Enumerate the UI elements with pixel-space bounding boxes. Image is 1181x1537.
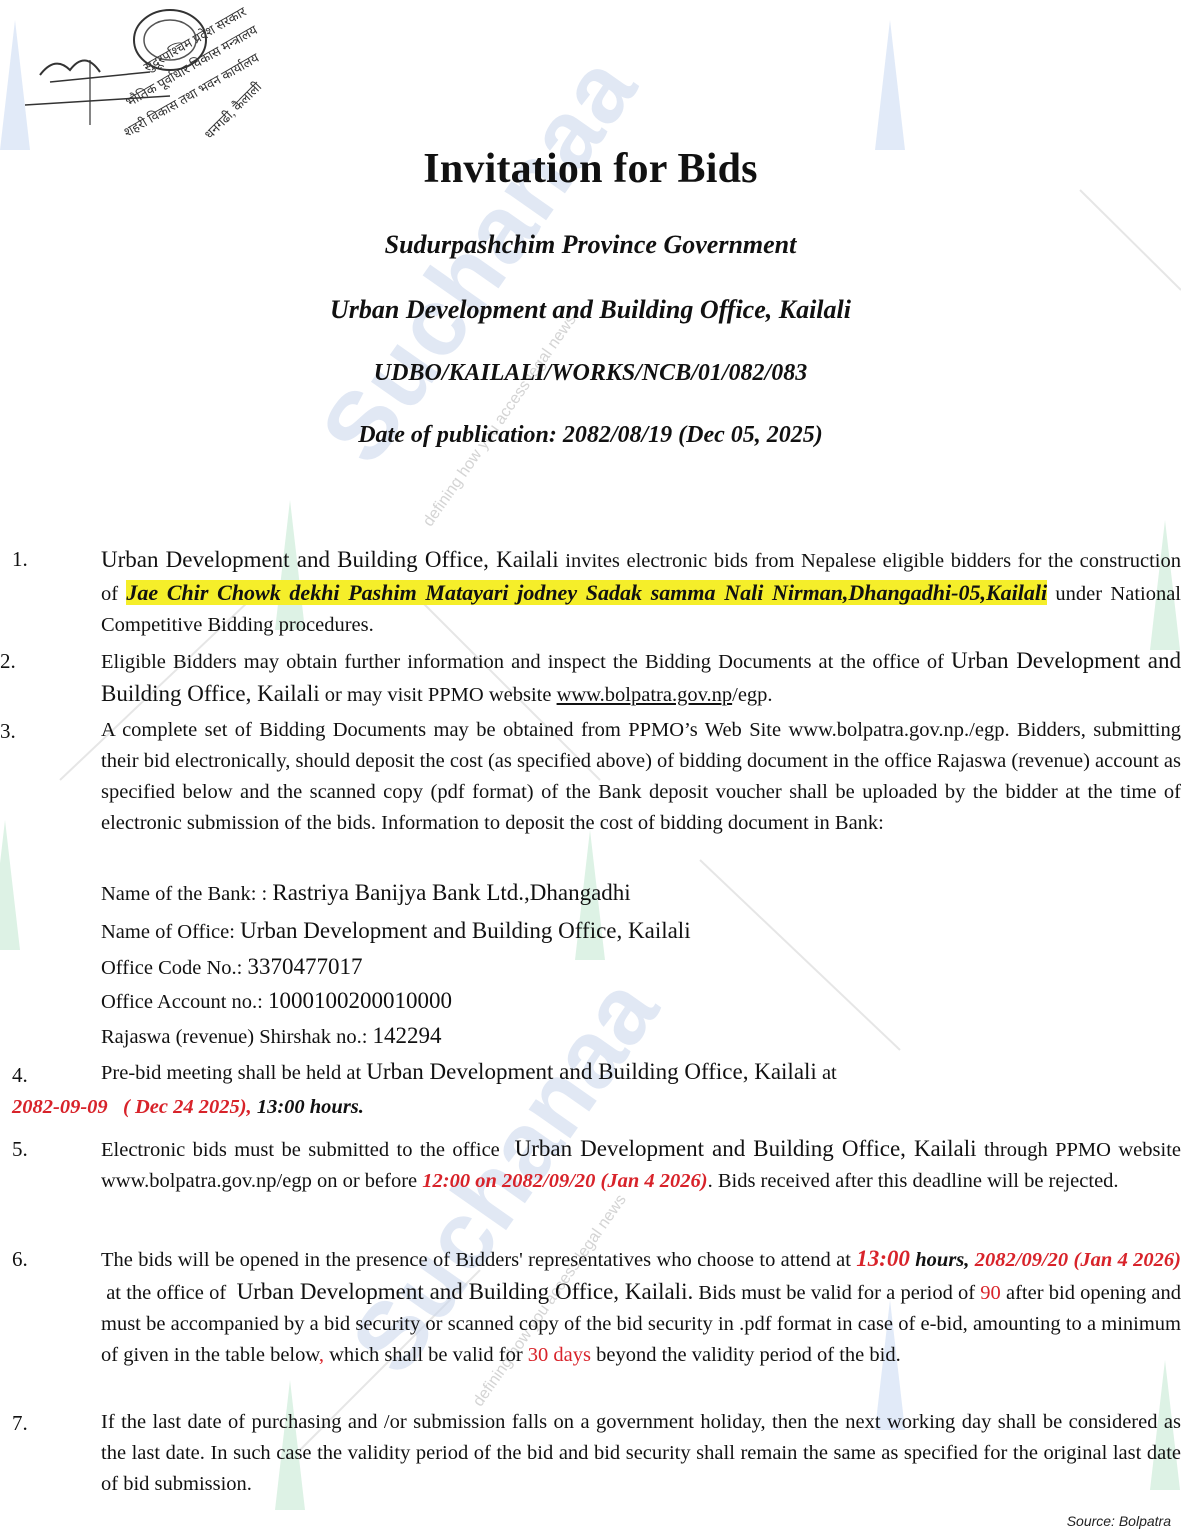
item-6-text-b: at the office of	[101, 1282, 237, 1304]
item-6-office: Urban Development and Building Office, K…	[237, 1279, 694, 1304]
item-4-text-a: Pre-bid meeting shall be held at	[101, 1062, 366, 1084]
submission-deadline: 12:00 on 2082/09/20 (Jan 4 2026)	[422, 1170, 707, 1192]
government-name: Sudurpashchim Province Government	[0, 230, 1181, 260]
office-name-label: Name of Office:	[101, 921, 240, 943]
prebid-time: 13:00 hours.	[252, 1096, 364, 1118]
official-stamp: सुदूरपश्चिम प्रदेश सरकार भौतिक पूर्वाधार…	[10, 0, 272, 142]
item-5-office: Urban Development and Building Office, K…	[515, 1136, 977, 1161]
watermark-tagline: defining how you access legal news	[420, 312, 581, 531]
item-2-number: 2.	[0, 649, 16, 674]
item-3-number: 3.	[0, 719, 16, 744]
source-credit: Source: Bolpatra	[1067, 1513, 1171, 1529]
item-6-text-c: Bids must be valid for a period of	[693, 1282, 980, 1304]
item-5-text-a: Electronic bids must be submitted to the…	[101, 1139, 515, 1161]
item-5-number: 5.	[12, 1137, 28, 1162]
page-title: Invitation for Bids	[0, 145, 1181, 193]
prebid-datetime: 2082-09-09 ( Dec 24 2025), 13:00 hours.	[12, 1096, 364, 1119]
item-6-number: 6.	[12, 1247, 28, 1272]
item-2-text-b: or may visit PPMO website	[320, 684, 557, 706]
item-7-number: 7.	[12, 1411, 28, 1436]
item-7-paragraph: If the last date of purchasing and /or s…	[101, 1407, 1181, 1500]
account-no-label: Office Account no.:	[101, 991, 268, 1013]
bank-name-row: Name of the Bank: : Rastriya Banijya Ban…	[101, 880, 631, 906]
security-validity-days: 30 days	[528, 1344, 591, 1366]
item-4-line: Pre-bid meeting shall be held at Urban D…	[101, 1059, 837, 1085]
bid-validity-days: 90	[980, 1282, 1001, 1304]
item-1-office: Urban Development and Building Office, K…	[101, 547, 559, 572]
item-5-paragraph: Electronic bids must be submitted to the…	[101, 1133, 1181, 1197]
prebid-date: 2082-09-09 ( Dec 24 2025),	[12, 1096, 252, 1118]
office-name-value: Urban Development and Building Office, K…	[240, 918, 691, 943]
publication-date: Date of publication: 2082/08/19 (Dec 05,…	[0, 422, 1181, 449]
item-5-text-c: . Bids received after this deadline will…	[708, 1170, 1119, 1192]
item-4-number: 4.	[12, 1063, 28, 1088]
reference-number: UDBO/KAILALI/WORKS/NCB/01/082/083	[0, 360, 1181, 387]
opening-time: 13:00	[856, 1246, 910, 1271]
item-2-text-a: Eligible Bidders may obtain further info…	[101, 651, 951, 673]
bank-name-label: Name of the Bank: :	[101, 883, 272, 905]
project-name-highlight: Jae Chir Chowk dekhi Pashim Matayari jod…	[126, 580, 1047, 605]
office-code-row: Office Code No.: 3370477017	[101, 954, 363, 980]
shirshak-no-row: Rajaswa (revenue) Shirshak no.: 142294	[101, 1023, 442, 1049]
office-name: Urban Development and Building Office, K…	[0, 295, 1181, 325]
office-code-label: Office Code No.:	[101, 957, 248, 979]
shirshak-no-value: 142294	[373, 1023, 442, 1048]
account-no-value: 1000100200010000	[268, 988, 452, 1013]
item-4-text-b: at	[817, 1062, 837, 1084]
item-4-office: Urban Development and Building Office, K…	[366, 1059, 817, 1084]
item-6-text-e: which shall be valid for	[324, 1344, 528, 1366]
item-2-text-c: /egp.	[732, 684, 772, 706]
opening-hours-label: hours,	[910, 1249, 969, 1271]
office-code-value: 3370477017	[248, 954, 363, 979]
item-1-number: 1.	[12, 547, 28, 572]
item-1-paragraph: Urban Development and Building Office, K…	[101, 544, 1181, 641]
account-no-row: Office Account no.: 1000100200010000	[101, 988, 452, 1014]
bolpatra-link[interactable]: www.bolpatra.gov.np	[557, 684, 733, 706]
item-2-paragraph: Eligible Bidders may obtain further info…	[101, 645, 1181, 711]
bank-name-value: Rastriya Banijya Bank Ltd.,Dhangadhi	[272, 880, 630, 905]
item-6-text-f: beyond the validity period of the bid.	[591, 1344, 901, 1366]
item-6-paragraph: The bids will be opened in the presence …	[101, 1243, 1181, 1371]
item-6-text-a: The bids will be opened in the presence …	[101, 1249, 856, 1271]
opening-date: 2082/09/20 (Jan 4 2026)	[975, 1249, 1181, 1271]
shirshak-no-label: Rajaswa (revenue) Shirshak no.:	[101, 1026, 373, 1048]
office-name-row: Name of Office: Urban Development and Bu…	[101, 918, 691, 944]
item-3-paragraph: A complete set of Bidding Documents may …	[101, 715, 1181, 839]
